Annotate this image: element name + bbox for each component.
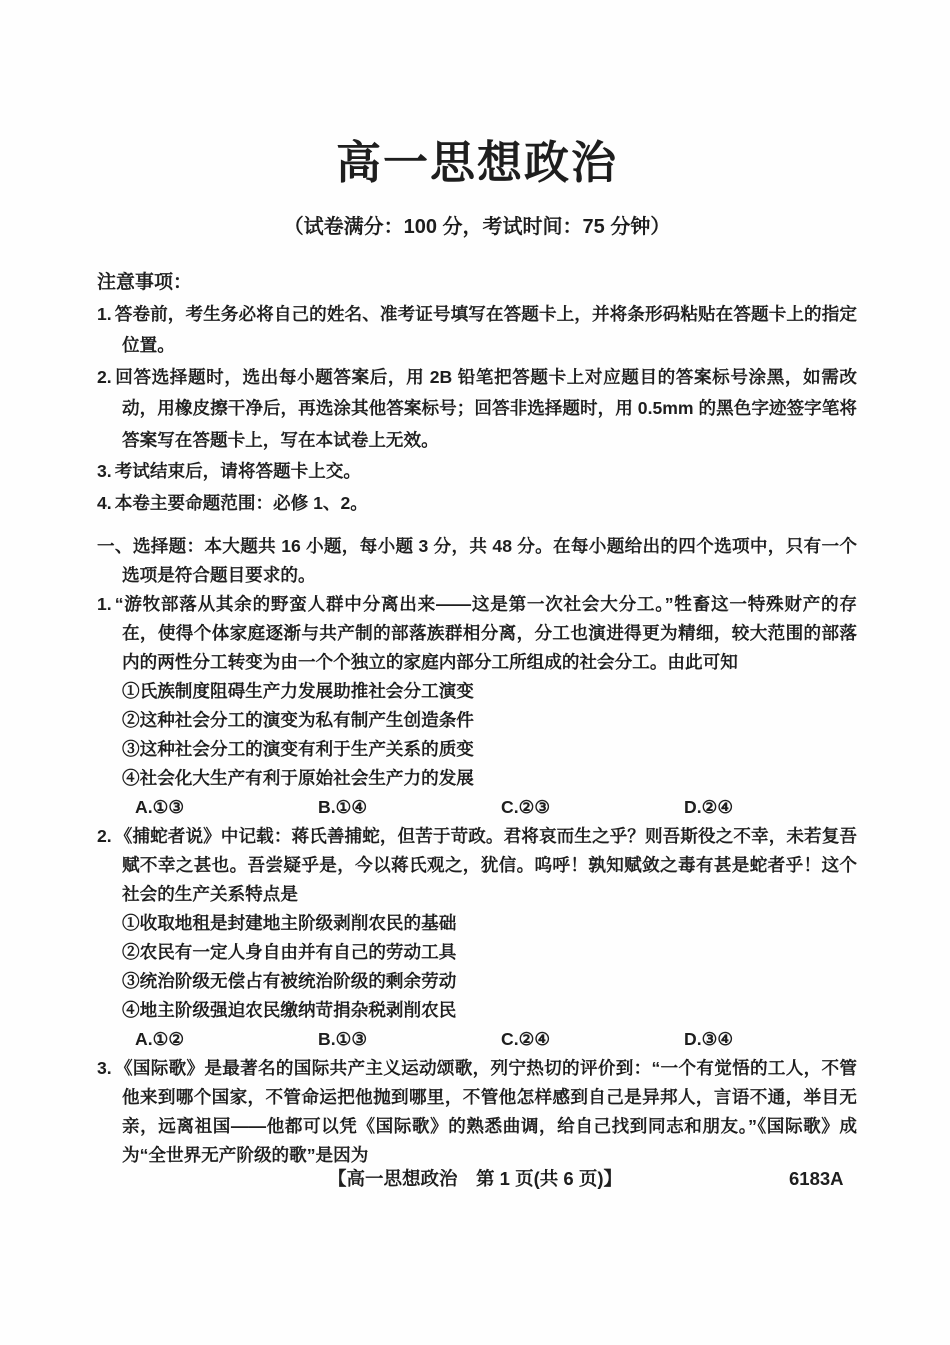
options-row: A.①② B.①③ C.②④ D.③④ xyxy=(135,1025,857,1054)
notice-item-number: 4. xyxy=(97,493,115,513)
page-footer: 【高一思想政治 第 1 页(共 6 页)】 6183A xyxy=(0,1166,950,1192)
option-value: ②③ xyxy=(519,797,551,817)
section-header: 一、选择题：本大题共 16 小题，每小题 3 分，共 48 分。在每小题给出的四… xyxy=(97,532,857,590)
option-label: B. xyxy=(318,1029,336,1049)
options-row: A.①③ B.①④ C.②③ D.②④ xyxy=(135,793,857,822)
option-c: C.②③ xyxy=(501,793,684,822)
notice-item-text: 答卷前，考生务必将自己的姓名、准考证号填写在答题卡上，并将条形码粘贴在答题卡上的… xyxy=(115,304,857,356)
exam-title: 高一思想政治 xyxy=(97,134,857,192)
notice-section: 注意事项： 1.答卷前，考生务必将自己的姓名、准考证号填写在答题卡上，并将条形码… xyxy=(97,267,857,519)
question-stem-text: “游牧部落从其余的野蛮人群中分离出来——这是第一次社会大分工。”牲畜这一特殊财产… xyxy=(115,594,857,672)
question-number: 2. xyxy=(97,826,115,846)
question-3: 3.《国际歌》是最著名的国际共产主义运动颂歌，列宁热切的评价到：“一个有觉悟的工… xyxy=(97,1054,857,1170)
option-label: C. xyxy=(501,797,519,817)
question-stem-text: 《国际歌》是最著名的国际共产主义运动颂歌，列宁热切的评价到：“一个有觉悟的工人，… xyxy=(115,1058,857,1165)
option-a: A.①③ xyxy=(135,793,318,822)
question-subitem: ①收取地租是封建地主阶级剥削农民的基础 xyxy=(122,909,857,938)
notice-item: 3.考试结束后，请将答题卡上交。 xyxy=(97,456,857,488)
option-b: B.①③ xyxy=(318,1025,501,1054)
option-c: C.②④ xyxy=(501,1025,684,1054)
exam-page: 高一思想政治 （试卷满分：100 分，考试时间：75 分钟） 注意事项： 1.答… xyxy=(0,134,950,1170)
notice-item: 1.答卷前，考生务必将自己的姓名、准考证号填写在答题卡上，并将条形码粘贴在答题卡… xyxy=(97,299,857,362)
notice-item-number: 3. xyxy=(97,461,115,481)
notice-item: 4.本卷主要命题范围：必修 1、2。 xyxy=(97,488,857,520)
question-stem: 2.《捕蛇者说》中记载：蒋氏善捕蛇，但苦于苛政。君将哀而生之乎？则吾斯役之不幸，… xyxy=(97,822,857,909)
question-stem: 3.《国际歌》是最著名的国际共产主义运动颂歌，列宁热切的评价到：“一个有觉悟的工… xyxy=(97,1054,857,1170)
question-subitem: ③这种社会分工的演变有利于生产关系的质变 xyxy=(122,735,857,764)
option-label: B. xyxy=(318,797,336,817)
question-stem: 1.“游牧部落从其余的野蛮人群中分离出来——这是第一次社会大分工。”牲畜这一特殊… xyxy=(97,590,857,677)
question-subitem: ④社会化大生产有利于原始社会生产力的发展 xyxy=(122,764,857,793)
question-subitem: ④地主阶级强迫农民缴纳苛捐杂税剥削农民 xyxy=(122,996,857,1025)
notice-item-text: 回答选择题时，选出每小题答案后，用 2B 铅笔把答题卡上对应题目的答案标号涂黑，… xyxy=(115,367,857,450)
option-value: ①③ xyxy=(336,1029,368,1049)
option-label: A. xyxy=(135,1029,153,1049)
option-value: ②④ xyxy=(519,1029,551,1049)
notice-item-text: 本卷主要命题范围：必修 1、2。 xyxy=(115,493,368,513)
footer-paper-code: 6183A xyxy=(789,1166,844,1192)
question-subitem: ②这种社会分工的演变为私有制产生创造条件 xyxy=(122,706,857,735)
option-b: B.①④ xyxy=(318,793,501,822)
question-number: 3. xyxy=(97,1058,115,1078)
option-label: D. xyxy=(684,797,702,817)
option-label: D. xyxy=(684,1029,702,1049)
notice-heading: 注意事项： xyxy=(97,267,857,299)
exam-subtitle: （试卷满分：100 分，考试时间：75 分钟） xyxy=(97,214,857,240)
questions-list: 1.“游牧部落从其余的野蛮人群中分离出来——这是第一次社会大分工。”牲畜这一特殊… xyxy=(97,590,857,1170)
option-value: ①② xyxy=(153,1029,185,1049)
notice-item: 2.回答选择题时，选出每小题答案后，用 2B 铅笔把答题卡上对应题目的答案标号涂… xyxy=(97,362,857,457)
option-value: ③④ xyxy=(702,1029,734,1049)
option-a: A.①② xyxy=(135,1025,318,1054)
question-subitem: ②农民有一定人身自由并有自己的劳动工具 xyxy=(122,938,857,967)
option-d: D.②④ xyxy=(684,793,733,822)
question-number: 1. xyxy=(97,594,115,614)
question-stem-text: 《捕蛇者说》中记载：蒋氏善捕蛇，但苦于苛政。君将哀而生之乎？则吾斯役之不幸，未若… xyxy=(115,826,857,904)
option-value: ①③ xyxy=(153,797,185,817)
question-subitem: ①氏族制度阻碍生产力发展助推社会分工演变 xyxy=(122,677,857,706)
option-label: C. xyxy=(501,1029,519,1049)
option-value: ①④ xyxy=(336,797,368,817)
option-label: A. xyxy=(135,797,153,817)
option-d: D.③④ xyxy=(684,1025,733,1054)
question-subitem: ③统治阶级无偿占有被统治阶级的剩余劳动 xyxy=(122,967,857,996)
notice-item-number: 2. xyxy=(97,367,115,387)
section-number: 一、 xyxy=(97,536,133,556)
section-text: 选择题：本大题共 16 小题，每小题 3 分，共 48 分。在每小题给出的四个选… xyxy=(122,536,857,585)
question-1: 1.“游牧部落从其余的野蛮人群中分离出来——这是第一次社会大分工。”牲畜这一特殊… xyxy=(97,590,857,822)
notice-item-text: 考试结束后，请将答题卡上交。 xyxy=(115,461,361,481)
notice-item-number: 1. xyxy=(97,304,115,324)
question-2: 2.《捕蛇者说》中记载：蒋氏善捕蛇，但苦于苛政。君将哀而生之乎？则吾斯役之不幸，… xyxy=(97,822,857,1054)
option-value: ②④ xyxy=(702,797,734,817)
